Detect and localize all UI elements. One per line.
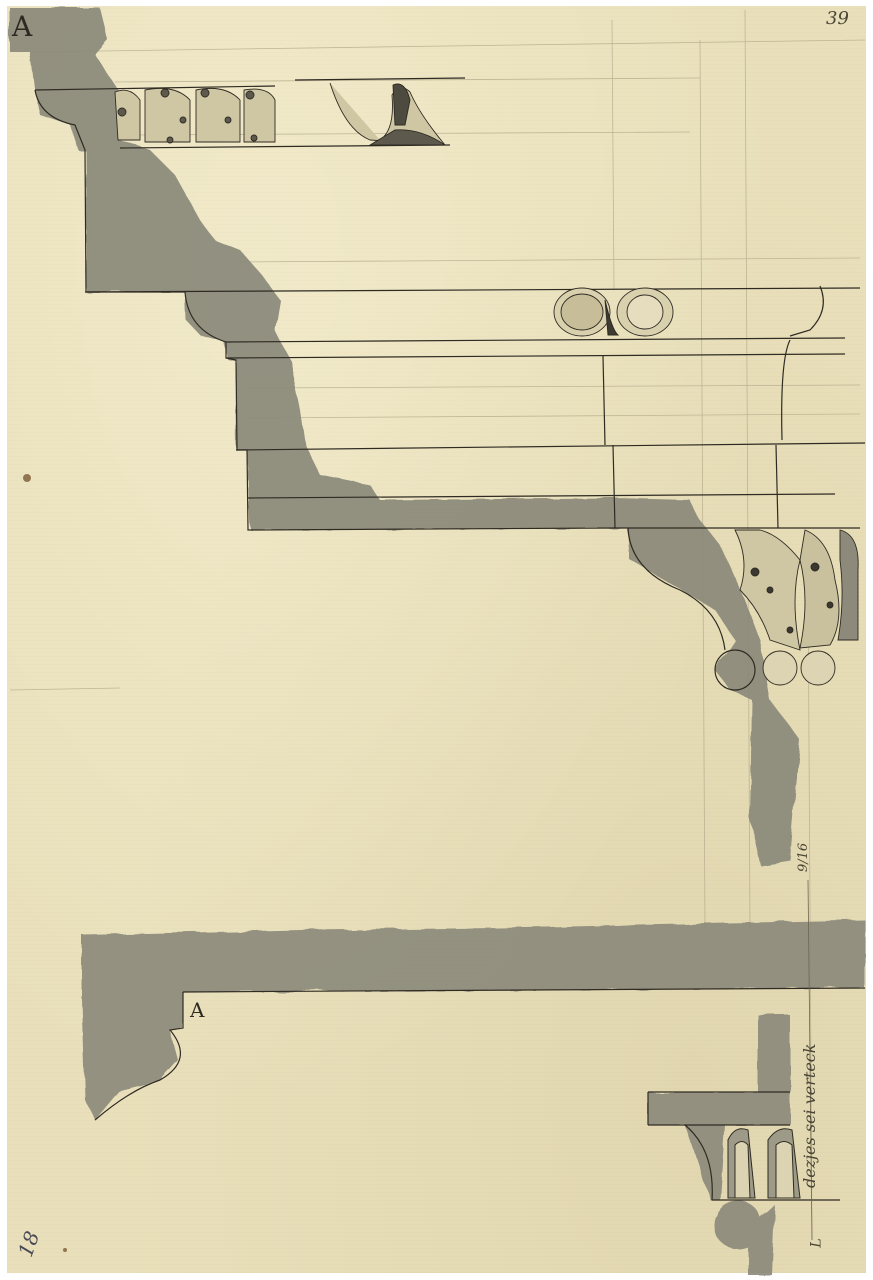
wash-profile-lower bbox=[82, 920, 865, 1275]
section-mark-a-lower: A bbox=[190, 998, 204, 1022]
paper-stains bbox=[23, 474, 67, 1252]
section-mark-a-top: A bbox=[12, 10, 32, 43]
margin-note: dezjes sei verteck bbox=[800, 1044, 819, 1188]
acanthus-band-top bbox=[115, 83, 445, 145]
page-number: 39 bbox=[826, 8, 849, 29]
egg-band-middle bbox=[554, 288, 673, 336]
scale-annotation: 9/16 bbox=[796, 843, 811, 872]
fluted-modillions bbox=[728, 1129, 800, 1198]
cornice-drawing bbox=[0, 0, 873, 1280]
dimension-mark: L bbox=[809, 1238, 825, 1247]
